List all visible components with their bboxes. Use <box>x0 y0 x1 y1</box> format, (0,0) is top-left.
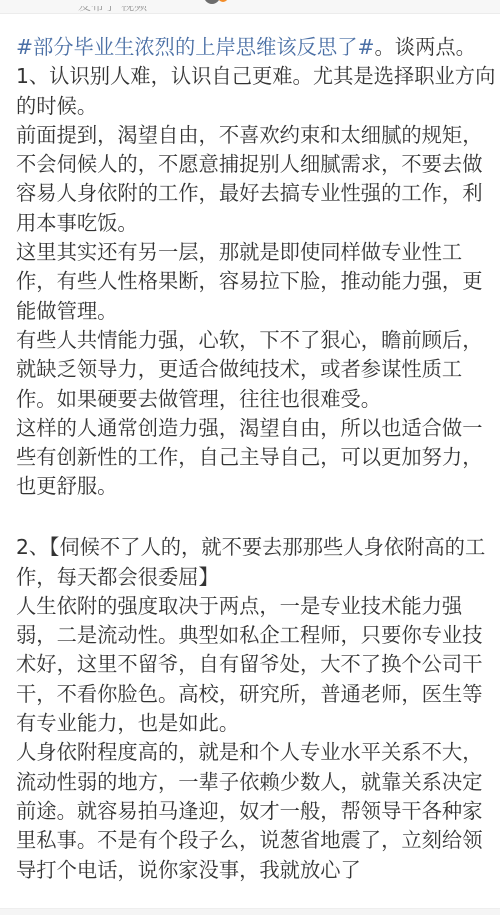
text-line: 也更舒服。 <box>16 472 486 501</box>
section-2: 2、【伺候不了人的，就不要去那那些人身依附高的工 作，每天都会很委屈】 人生依附… <box>16 533 486 885</box>
section-1: 1、认识别人难，认识自己更难。尤其是选择职业方向 的时候。 前面提到，渴望自由，… <box>16 62 486 501</box>
text-line: 有些人共情能力强，心软，下不了狠心，瞻前顾后， <box>16 326 486 355</box>
text-line: 里私事。不是有个段子么，说葱省地震了，立刻给领 <box>16 826 486 855</box>
hashtag-suffix: 。谈两点。 <box>375 35 476 59</box>
text-line: 前途。就容易拍马逢迎，奴才一般，帮领导干各种家 <box>16 797 486 826</box>
text-line: 作。如果硬要去做管理，往往也很难受。 <box>16 385 486 414</box>
text-line: 作，有些人性格果断，容易拉下脸，推动能力强，更 <box>16 267 486 296</box>
text-line: 些有创新性的工作，自己主导自己，可以更加努力， <box>16 443 486 472</box>
text-line: 用本事吃饭。 <box>16 209 486 238</box>
text-line: 人生依附的强度取决于两点，一是专业技术能力强 <box>16 592 486 621</box>
post-body: #部分毕业生浓烈的上岸思维该反思了#。谈两点。 1、认识别人难，认识自己更难。尤… <box>16 33 486 885</box>
text-line: 这里其实还有另一层，那就是即使同样做专业性工 <box>16 238 486 267</box>
text-line: 弱，二是流动性。典型如私企工程师，只要你专业技 <box>16 621 486 650</box>
text-line: 能做管理。 <box>16 297 486 326</box>
text-line: 作，每天都会很委屈】 <box>16 563 486 592</box>
post-meta-cut-off: 发布了 视频 <box>78 6 147 14</box>
weibo-logo-icon <box>204 0 230 4</box>
logo-orange-part <box>218 0 228 2</box>
text-line: 1、认识别人难，认识自己更难。尤其是选择职业方向 <box>16 62 486 91</box>
text-line: 不会伺候人的，不愿意捕捉别人细腻需求，不要去做 <box>16 150 486 179</box>
bottom-divider-band <box>0 908 500 915</box>
text-line: 人身依附程度高的，就是和个人专业水平关系不大， <box>16 738 486 767</box>
top-header-bar: 发布了 视频 <box>0 0 500 14</box>
text-line: 术好，这里不留爷，自有留爷处，大不了换个公司干 <box>16 650 486 679</box>
text-line: 干，不看你脸色。高校，研究所，普通老师，医生等 <box>16 680 486 709</box>
text-line: 流动性弱的地方，一辈子依赖少数人，就靠关系决定 <box>16 768 486 797</box>
text-line: 前面提到，渴望自由，不喜欢约束和太细腻的规矩， <box>16 121 486 150</box>
text-line: 有专业能力，也是如此。 <box>16 709 486 738</box>
text-line: 就缺乏领导力，更适合做纯技术，或者参谋性质工 <box>16 355 486 384</box>
post-first-line: #部分毕业生浓烈的上岸思维该反思了#。谈两点。 <box>16 33 486 62</box>
text-line: 这样的人通常创造力强，渴望自由，所以也适合做一 <box>16 414 486 443</box>
post-meta-text: 发布了 视频 <box>78 6 147 13</box>
text-line: 的时候。 <box>16 92 486 121</box>
paragraph-gap <box>16 502 486 534</box>
hashtag-link[interactable]: #部分毕业生浓烈的上岸思维该反思了# <box>16 35 375 59</box>
text-line: 2、【伺候不了人的，就不要去那那些人身依附高的工 <box>16 533 486 562</box>
logo-grey-part <box>204 0 220 4</box>
text-line: 导打个电话，说你家没事，我就放心了 <box>16 856 486 885</box>
text-line: 容易人身依附的工作，最好去搞专业性强的工作，利 <box>16 179 486 208</box>
